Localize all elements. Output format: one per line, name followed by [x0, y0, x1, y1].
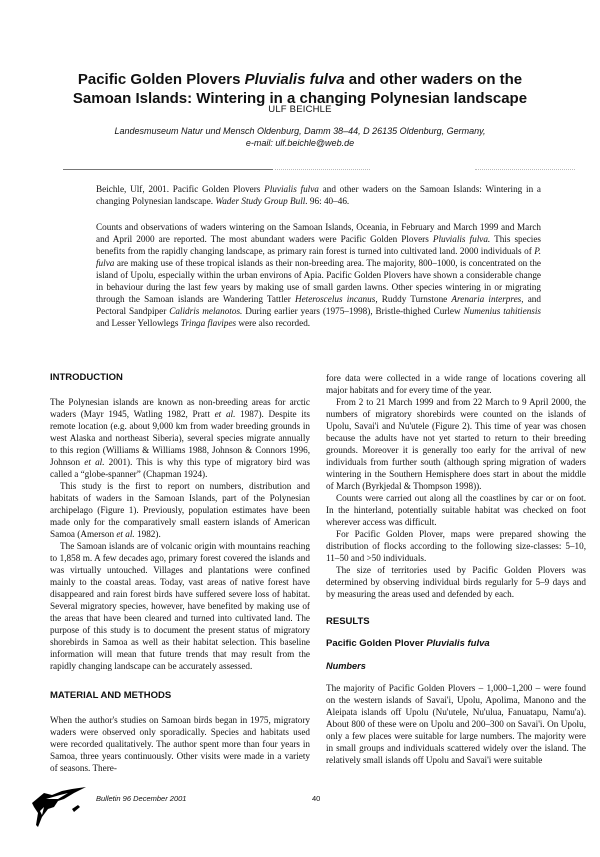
paragraph: This study is the first to report on num… — [50, 480, 310, 540]
subheading-species: Pluvialis fulva — [426, 638, 489, 649]
subheading-pacific-golden-plover: Pacific Golden Plover Pluvialis fulva — [326, 638, 586, 650]
citation-text: 96: 40–46. — [308, 196, 350, 206]
citation-text: Beichle, Ulf, 2001. Pacific Golden Plove… — [96, 184, 264, 194]
paragraph-text: This study is the first to report on num… — [50, 481, 310, 539]
paragraph: When the author's studies on Samoan bird… — [50, 714, 310, 774]
paragraph: The size of territories used by Pacific … — [326, 564, 586, 600]
paragraph: The majority of Pacific Golden Plovers –… — [326, 682, 586, 766]
et-al: et al. — [215, 409, 236, 419]
et-al: et al. — [116, 529, 134, 539]
species-name: Numenius tahitiensis — [464, 306, 541, 316]
citation: Beichle, Ulf, 2001. Pacific Golden Plove… — [96, 183, 541, 207]
subheading-text: Pacific Golden Plover — [326, 638, 426, 649]
affiliation-email[interactable]: e-mail: ulf.beichle@web.de — [60, 137, 540, 149]
section-heading-methods: MATERIAL AND METHODS — [50, 690, 310, 702]
header-divider-faint — [475, 169, 575, 170]
paragraph: The Samoan islands are of volcanic origi… — [50, 540, 310, 672]
section-heading-introduction: INTRODUCTION — [50, 372, 310, 384]
paper-title: Pacific Golden Plovers Pluvialis fulva a… — [60, 70, 540, 108]
paragraph: From 2 to 21 March 1999 and from 22 Marc… — [326, 396, 586, 492]
journal-issue: Bulletin 96 December 2001 — [96, 794, 186, 803]
right-column: fore data were collected in a wide range… — [326, 372, 586, 766]
species-name: Tringa flavipes — [181, 318, 236, 328]
subsubheading-numbers: Numbers — [326, 660, 586, 672]
header-divider — [63, 169, 273, 170]
paragraph-text: 1982). — [135, 529, 161, 539]
abstract-text: During earlier years (1975–1998), Bristl… — [242, 306, 463, 316]
abstract-text: Ruddy Turnstone — [378, 294, 452, 304]
species-name: Pluvialis fulva. — [433, 234, 490, 244]
species-name: Arenaria interpres, — [451, 294, 523, 304]
left-column: INTRODUCTION The Polynesian islands are … — [50, 372, 310, 774]
paragraph: fore data were collected in a wide range… — [326, 372, 586, 396]
header-divider-faint — [275, 169, 370, 170]
author-affiliation: Landesmuseum Natur und Mensch Oldenburg,… — [60, 125, 540, 149]
et-al: et al. — [84, 457, 104, 467]
affiliation-address: Landesmuseum Natur und Mensch Oldenburg,… — [60, 125, 540, 137]
citation-species: Pluvialis fulva — [264, 184, 319, 194]
title-text: Pacific Golden Plovers — [78, 71, 245, 88]
abstract-text: were also recorded. — [236, 318, 310, 328]
section-heading-results: RESULTS — [326, 616, 586, 628]
paragraph: For Pacific Golden Plover, maps were pre… — [326, 528, 586, 564]
wader-bird-logo-icon — [28, 785, 93, 830]
paragraph: The Polynesian islands are known as non-… — [50, 396, 310, 480]
abstract-text: and Lesser Yellowlegs — [96, 318, 181, 328]
species-name: Heteroscelus incanus, — [295, 294, 378, 304]
title-species: Pluvialis fulva — [245, 71, 345, 88]
species-name: Calidris melanotos. — [169, 306, 242, 316]
paragraph: Counts were carried out along all the co… — [326, 492, 586, 528]
page-number: 40 — [312, 794, 320, 803]
author-name: ULF BEICHLE — [0, 104, 600, 115]
citation-journal: Wader Study Group Bull. — [215, 196, 307, 206]
abstract: Counts and observations of waders winter… — [96, 221, 541, 329]
